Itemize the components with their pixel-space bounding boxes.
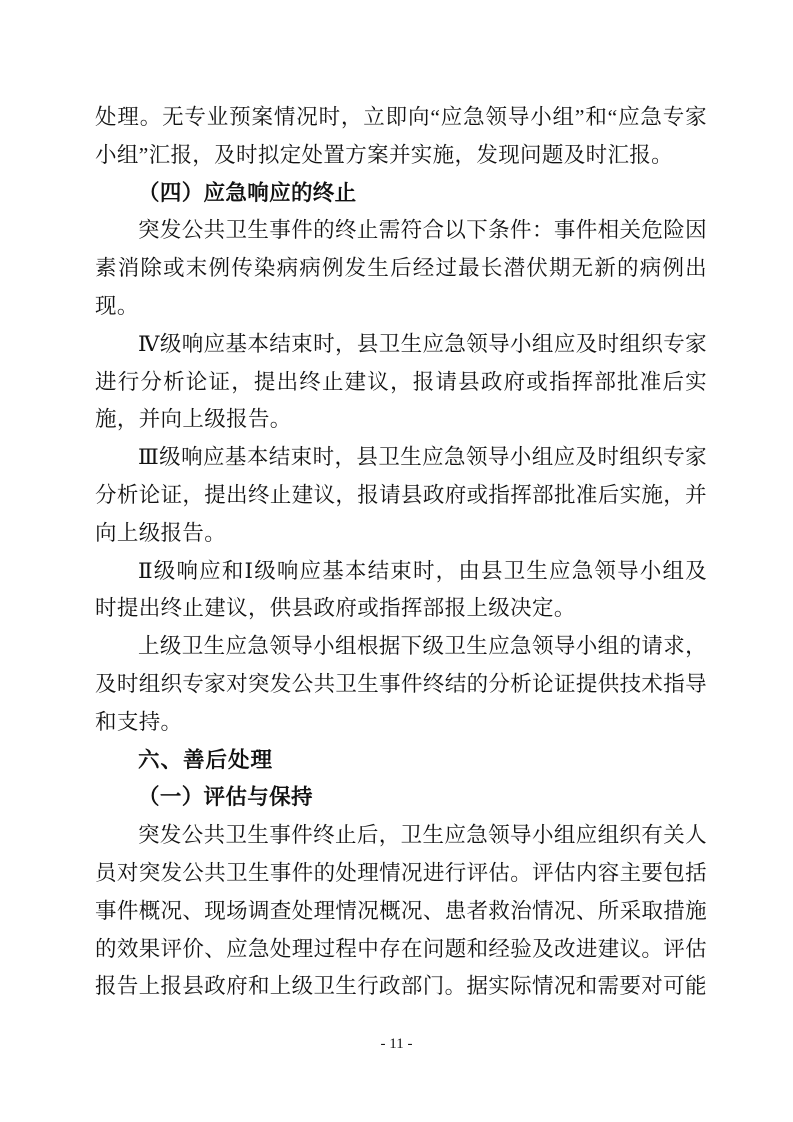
- page-number: - 11 -: [0, 1036, 793, 1053]
- chapter-heading-aftermath: 六、善后处理: [95, 742, 707, 780]
- body-paragraph: 上级卫生应急领导小组根据下级卫生应急领导小组的请求，及时组织专家对突发公共卫生事…: [95, 628, 707, 741]
- document-page: 处理。无专业预案情况时，立即向“应急领导小组”和“应急专家小组”汇报，及时拟定处…: [0, 0, 793, 1122]
- body-paragraph-continuation: 处理。无专业预案情况时，立即向“应急领导小组”和“应急专家小组”汇报，及时拟定处…: [95, 99, 707, 175]
- body-paragraph: 突发公共卫生事件的终止需符合以下条件：事件相关危险因素消除或末例传染病病例发生后…: [95, 212, 707, 325]
- section-heading-response-termination: （四）应急响应的终止: [95, 175, 707, 213]
- body-paragraph: 突发公共卫生事件终止后，卫生应急领导小组应组织有关人员对突发公共卫生事件的处理情…: [95, 817, 707, 1006]
- page-text-block: 处理。无专业预案情况时，立即向“应急领导小组”和“应急专家小组”汇报，及时拟定处…: [95, 99, 707, 1006]
- body-paragraph: Ⅱ级响应和Ⅰ级响应基本结束时，由县卫生应急领导小组及时提出终止建议，供县政府或指…: [95, 553, 707, 629]
- section-heading-evaluation: （一）评估与保持: [95, 779, 707, 817]
- body-paragraph: Ⅲ级响应基本结束时，县卫生应急领导小组应及时组织专家分析论证，提出终止建议，报请…: [95, 439, 707, 552]
- body-paragraph: Ⅳ级响应基本结束时，县卫生应急领导小组应及时组织专家进行分析论证，提出终止建议，…: [95, 326, 707, 439]
